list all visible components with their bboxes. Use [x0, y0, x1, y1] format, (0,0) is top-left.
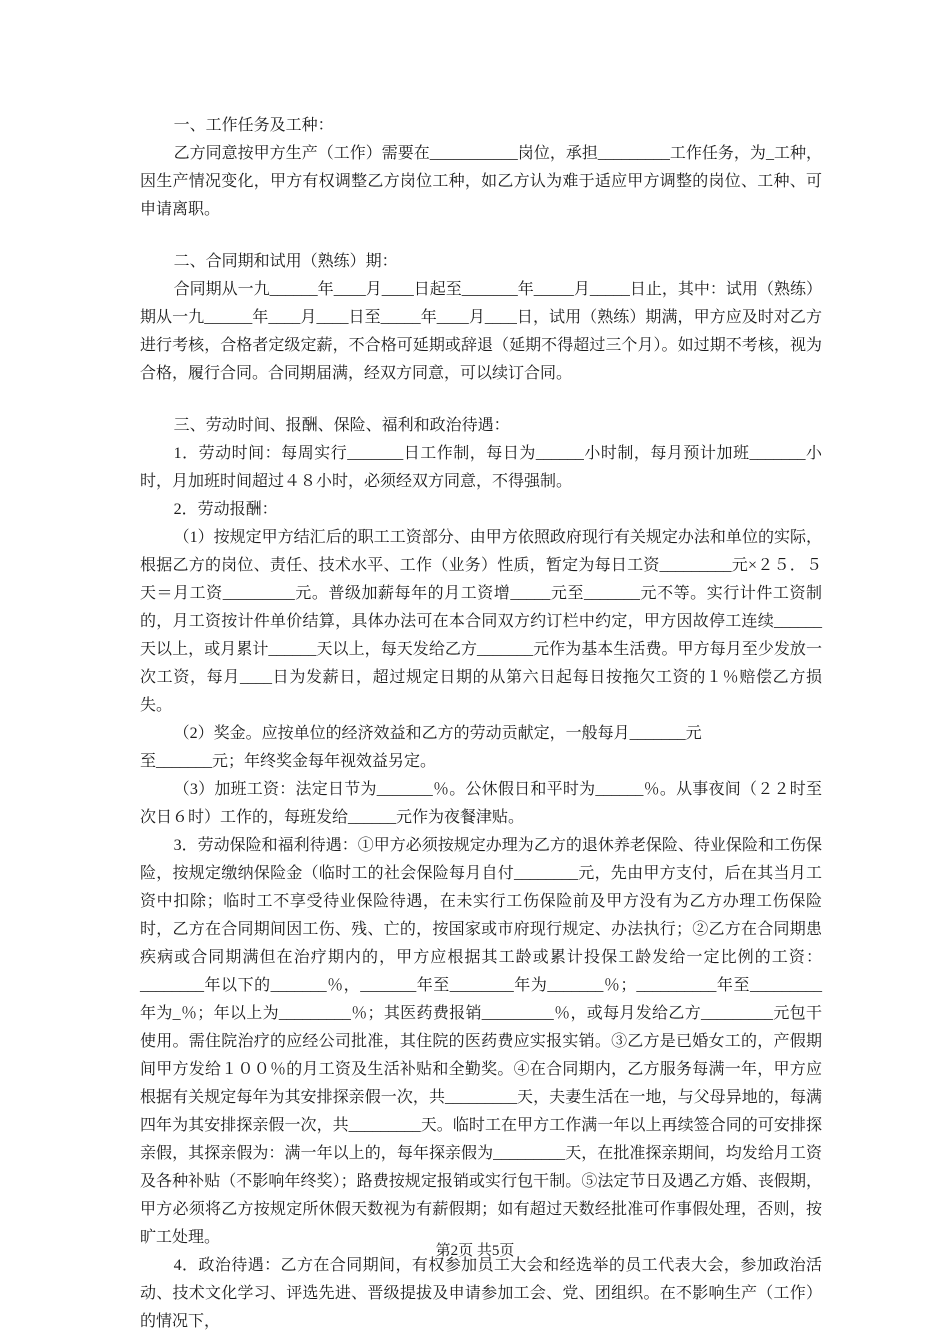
section-2-paragraph: 合同期从一九______年____月____日起至_______年_____月_…: [140, 276, 822, 388]
page-number-footer: 第2页 共5页: [0, 1240, 950, 1262]
section-3-item-4-political-treatment: 4．政治待遇：乙方在合同期间，有权参加员工大会和经选举的员工代表大会，参加政治活…: [140, 1252, 822, 1336]
contract-document-page: 一、工作任务及工种： 乙方同意按甲方生产（工作）需要在___________岗位…: [0, 0, 950, 1344]
section-3-item-2-2-bonus: （2）奖金。应按单位的经济效益和乙方的劳动贡献定，一般每月_______元 至_…: [140, 720, 822, 776]
section-3-item-2-labor-pay: 2．劳动报酬：: [140, 496, 822, 524]
section-3-item-1-labor-time: 1．劳动时间：每周实行_______日工作制，每日为______小时制，每月预计…: [140, 440, 822, 496]
section-3-heading: 三、劳动时间、报酬、保险、福利和政治待遇：: [140, 412, 822, 440]
section-3-item-2-1-wage: （1）按规定甲方结汇后的职工工资部分、由甲方依照政府现行有关规定办法和单位的实际…: [140, 524, 822, 720]
section-1-paragraph: 乙方同意按甲方生产（工作）需要在___________岗位，承担________…: [140, 140, 822, 224]
section-1-heading: 一、工作任务及工种：: [140, 112, 822, 140]
section-2-heading: 二、合同期和试用（熟练）期：: [140, 248, 822, 276]
section-3-item-3-insurance-welfare: 3．劳动保险和福利待遇：①甲方必须按规定办理为乙方的退休养老保险、待业保险和工伤…: [140, 832, 822, 1252]
section-3-item-2-3-overtime-pay: （3）加班工资：法定日节为_______％。公休假日和平时为______％。从事…: [140, 776, 822, 832]
